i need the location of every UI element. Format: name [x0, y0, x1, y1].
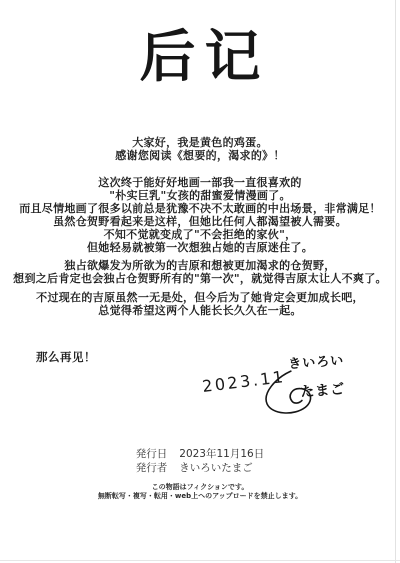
colophon: 発行日 2023年11月16日 発行者 きいろいたまご — [0, 448, 400, 475]
author-signature: きいろい たまご — [254, 348, 363, 425]
signature-flourish-icon: きいろい たまご — [254, 348, 363, 425]
scan-edge-right — [395, 0, 396, 563]
paragraph-greeting: 大家好，我是黄色的鸡蛋。 感谢您阅读《想要的，渴求的》！ — [0, 136, 400, 162]
text-line: 独占欲爆发为所欲为的吉原和想被更加渴求的仓贺野， — [0, 259, 400, 272]
publication-date-value: 2023年11月16日 — [179, 448, 264, 462]
text-line: 而且尽情地画了很多以前总是犹豫不决不太敢画的中出场景，非常满足！ — [0, 202, 400, 215]
text-line: 虽然仓贺野看起来是这样，但她比任何人都渴望被人需要。 — [0, 215, 400, 228]
publisher-value: きいろいたまご — [179, 462, 253, 476]
text-line: 感谢您阅读《想要的，渴求的》！ — [0, 149, 400, 162]
text-line: "朴实巨乳"女孩的甜蜜爱情漫画了。 — [0, 189, 400, 202]
colophon-row-publisher: 発行者 きいろいたまご — [136, 462, 264, 476]
publication-date-label: 発行日 — [136, 448, 168, 462]
text-line: 这次终于能好好地画一部我一直很喜欢的 — [0, 176, 400, 189]
page-title: 后记 — [0, 26, 400, 90]
text-line: 想到之后肯定也会独占仓贺野所有的"第一次"，就觉得吉原太让人不爽了。 — [0, 272, 400, 285]
text-line: 但她轻易就被第一次想独占她的吉原迷住了。 — [0, 241, 400, 254]
publisher-label: 発行者 — [136, 462, 168, 476]
signature-name-top: きいろい — [288, 353, 345, 372]
colophon-row-date: 発行日 2023年11月16日 — [136, 448, 264, 462]
farewell-text: 那么再见！ — [36, 349, 96, 365]
text-line: 不过现在的吉原虽然一无是处，但今后为了她肯定会更加成长吧， — [0, 291, 400, 304]
disclaimer: この物語はフィクションです。 無断転写・複写・転用・web上へのアップロードを禁… — [0, 483, 400, 501]
disclaimer-line-prohibition: 無断転写・複写・転用・web上へのアップロードを禁止します。 — [0, 492, 400, 501]
text-line: 总觉得希望这两个人能长长久久在一起。 — [0, 304, 400, 317]
paragraph-about-work: 这次终于能好好地画一部我一直很喜欢的 "朴实巨乳"女孩的甜蜜爱情漫画了。 而且尽… — [0, 176, 400, 254]
colophon-table: 発行日 2023年11月16日 発行者 きいろいたまご — [136, 448, 264, 475]
text-line: 大家好，我是黄色的鸡蛋。 — [0, 136, 400, 149]
afterword-body: 大家好，我是黄色的鸡蛋。 感谢您阅读《想要的，渴求的》！ 这次终于能好好地画一部… — [0, 136, 400, 317]
disclaimer-line-fiction: この物語はフィクションです。 — [0, 483, 400, 492]
signature-name-bottom: たまご — [300, 381, 346, 400]
scan-edge-bottom — [0, 560, 400, 561]
paragraph-characters: 独占欲爆发为所欲为的吉原和想被更加渴求的仓贺野， 想到之后肯定也会独占仓贺野所有… — [0, 259, 400, 285]
paragraph-hopes: 不过现在的吉原虽然一无是处，但今后为了她肯定会更加成长吧， 总觉得希望这两个人能… — [0, 291, 400, 317]
text-line: 不知不觉就变成了"不会拒绝的家伙"， — [0, 228, 400, 241]
afterword-page: 后记 大家好，我是黄色的鸡蛋。 感谢您阅读《想要的，渴求的》！ 这次终于能好好地… — [0, 0, 400, 563]
